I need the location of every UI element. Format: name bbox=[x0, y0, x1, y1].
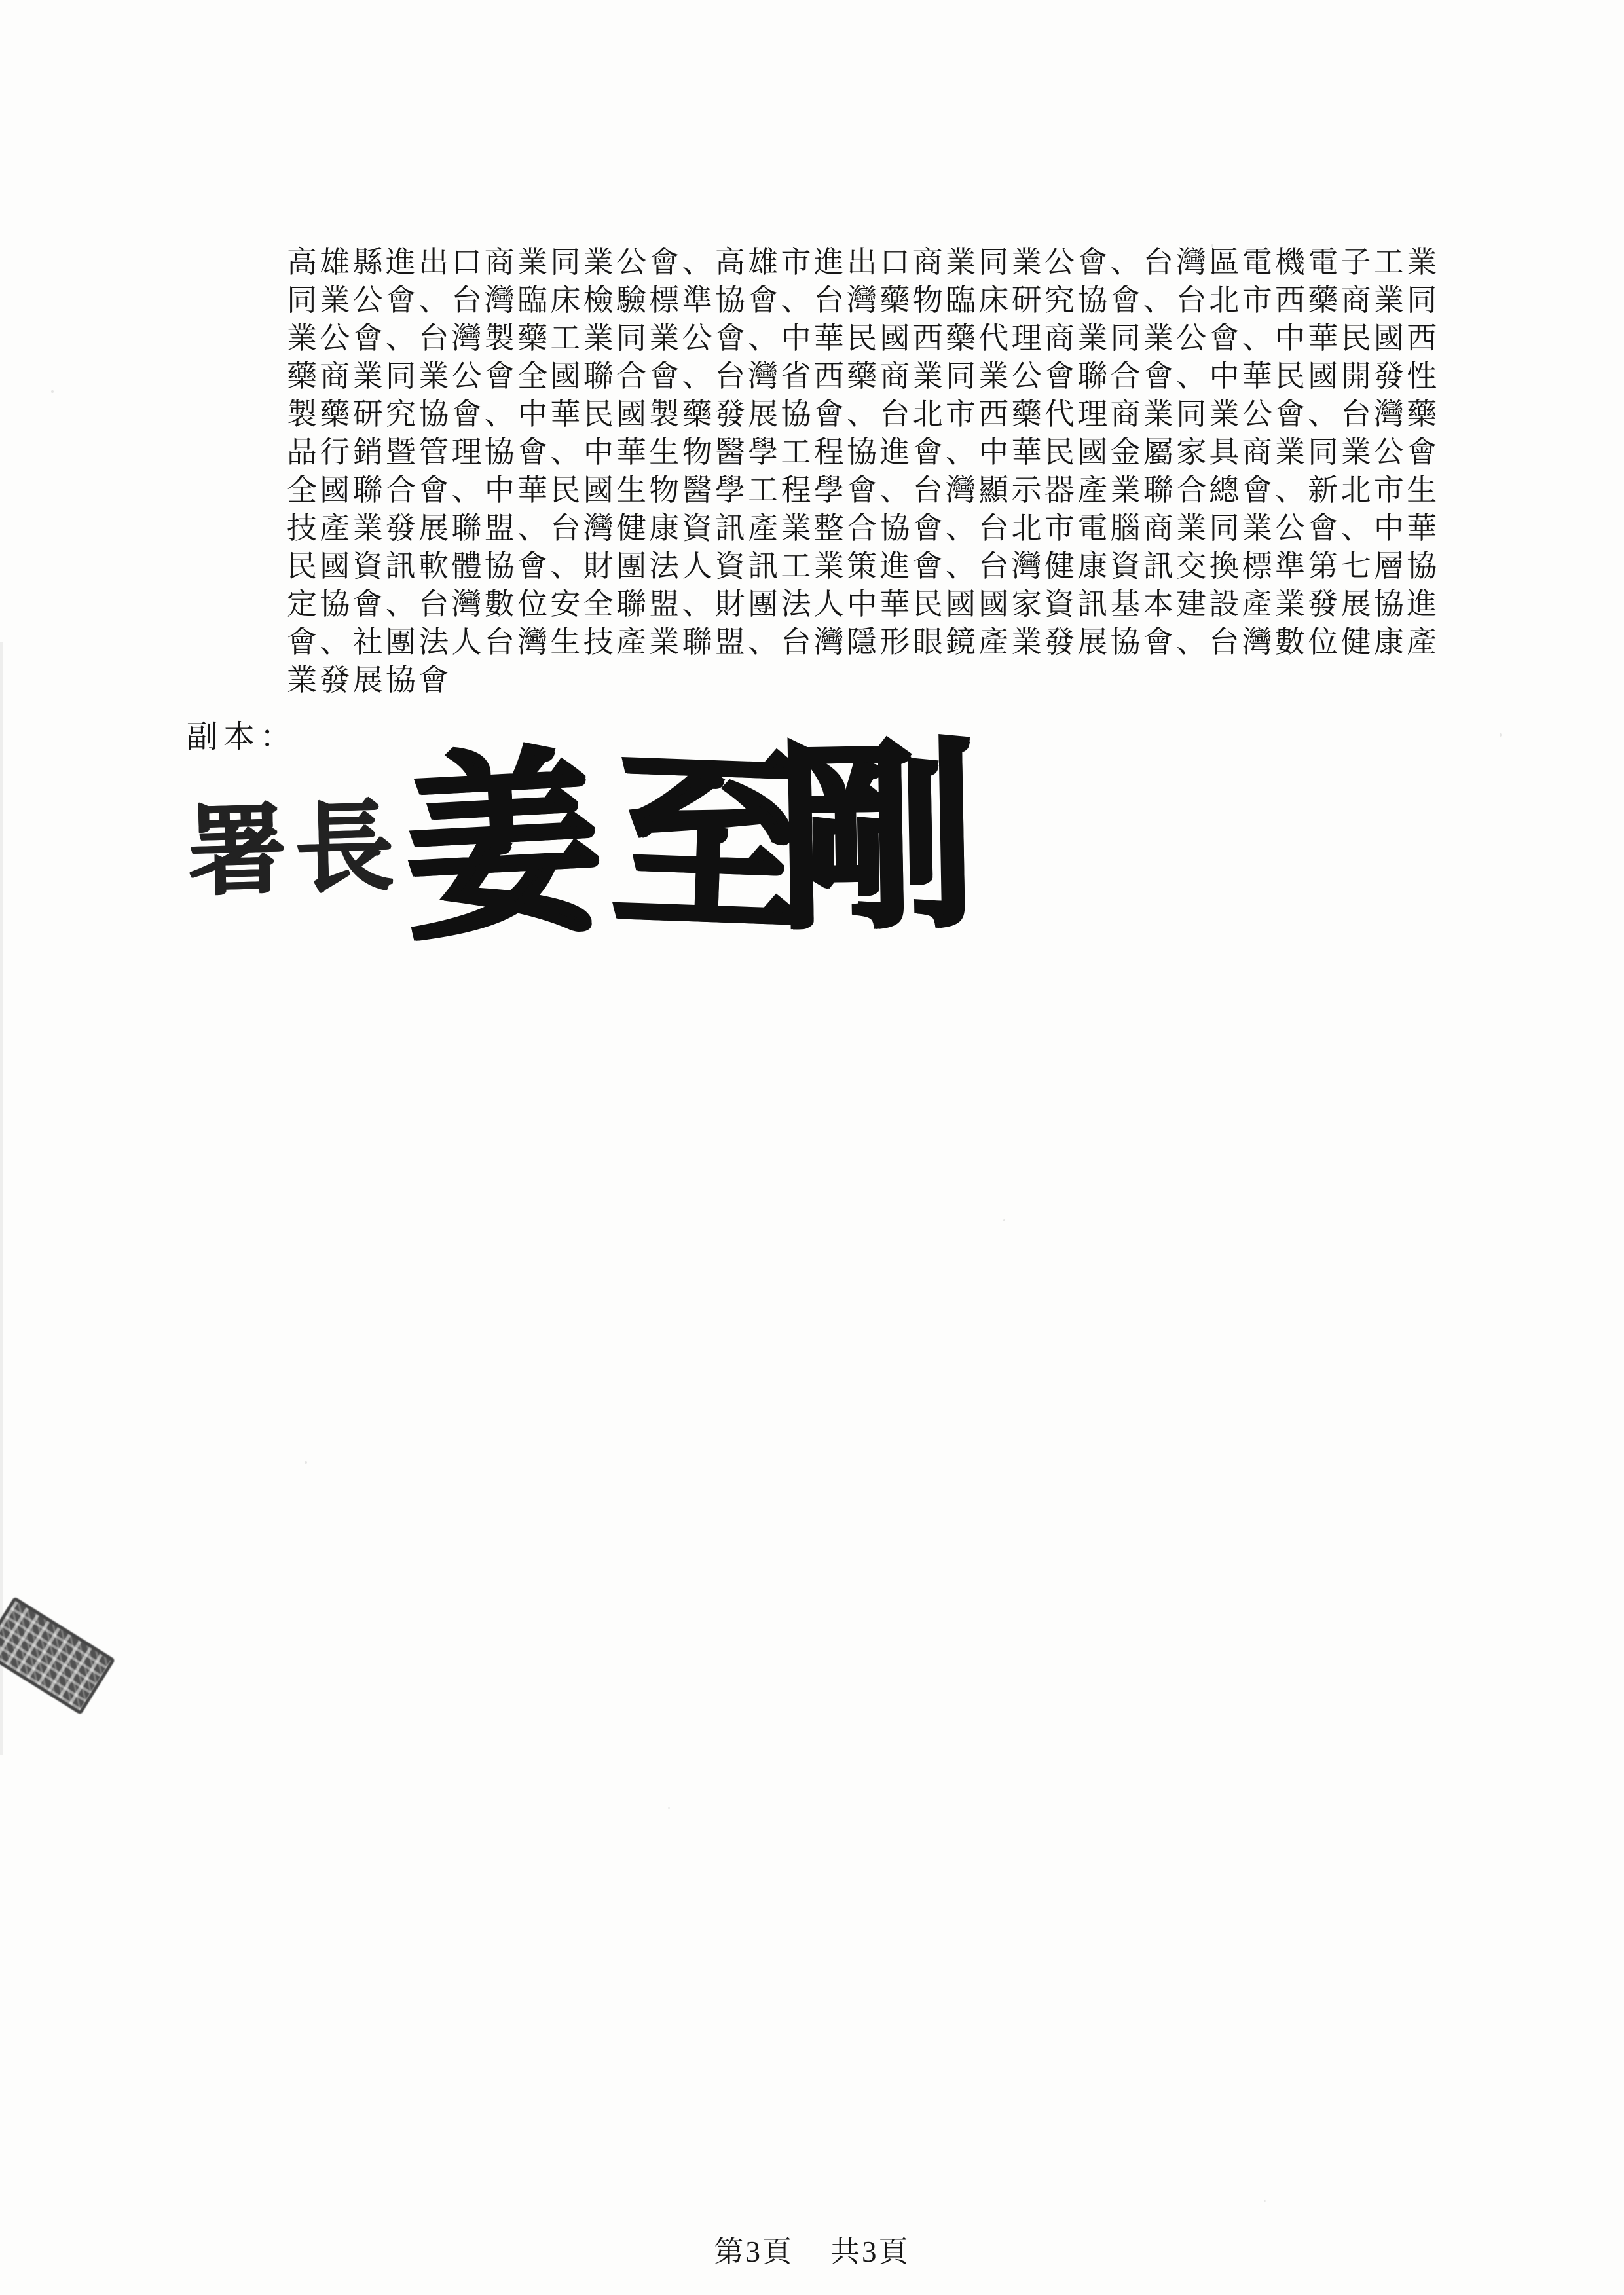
recipient-list-line: 同業公會、台灣臨床檢驗標準協會、台灣藥物臨床研究協會、台北市西藥商業同 bbox=[287, 282, 1452, 320]
signature-title: 署長 bbox=[186, 791, 403, 909]
recipient-list-line: 定協會、台灣數位安全聯盟、財團法人中華民國國家資訊基本建設產業發展協進 bbox=[287, 585, 1452, 623]
recipient-list: 高雄縣進出口商業同業公會、高雄市進出口商業同業公會、台灣區電機電子工業 同業公會… bbox=[287, 244, 1452, 699]
recipient-list-line: 品行銷暨管理協會、中華生物醫學工程協進會、中華民國金屬家具商業同業公會 bbox=[287, 433, 1452, 471]
page-number: 第3頁 bbox=[714, 2235, 794, 2268]
recipient-list-line: 技產業發展聯盟、台灣健康資訊產業整合協會、台北市電腦商業同業公會、中華 bbox=[287, 509, 1452, 547]
page-footer: 第3頁共3頁 bbox=[0, 2228, 1624, 2270]
signature-name-char-1: 姜 bbox=[399, 745, 606, 951]
recipient-list-line: 業發展協會 bbox=[287, 661, 1452, 699]
scan-speck bbox=[1500, 733, 1502, 737]
scan-edge-artifact bbox=[0, 642, 3, 1755]
signature-name-char-3: 剛 bbox=[776, 739, 978, 942]
document-page: 高雄縣進出口商業同業公會、高雄市進出口商業同業公會、台灣區電機電子工業 同業公會… bbox=[0, 0, 1624, 2295]
recipient-list-line: 藥商業同業公會全國聯合會、台灣省西藥商業同業公會聯合會、中華民國開發性 bbox=[287, 358, 1452, 395]
scan-speck bbox=[1211, 244, 1213, 248]
scan-speck bbox=[304, 1461, 307, 1464]
scan-speck bbox=[1003, 1219, 1005, 1221]
page-total: 共3頁 bbox=[830, 2235, 910, 2268]
scan-speck bbox=[51, 390, 54, 393]
recipient-list-line: 全國聯合會、中華民國生物醫學工程學會、台灣顯示器產業聯合總會、新北市生 bbox=[287, 471, 1452, 509]
recipient-list-line: 製藥研究協會、中華民國製藥發展協會、台北市西藥代理商業同業公會、台灣藥 bbox=[287, 395, 1452, 433]
seal-stamp-icon bbox=[0, 1596, 115, 1715]
recipient-list-line: 業公會、台灣製藥工業同業公會、中華民國西藥代理商業同業公會、中華民國西 bbox=[287, 320, 1452, 358]
scan-speck bbox=[668, 1807, 670, 1809]
copy-label: 副本： bbox=[187, 711, 297, 756]
scan-speck bbox=[1264, 2200, 1266, 2202]
recipient-list-line: 民國資訊軟體協會、財團法人資訊工業策進會、台灣健康資訊交換標準第七層協 bbox=[287, 547, 1452, 585]
recipient-list-line: 高雄縣進出口商業同業公會、高雄市進出口商業同業公會、台灣區電機電子工業 bbox=[287, 244, 1452, 282]
recipient-list-line: 會、社團法人台灣生技產業聯盟、台灣隱形眼鏡產業發展協會、台灣數位健康產 bbox=[287, 623, 1452, 661]
